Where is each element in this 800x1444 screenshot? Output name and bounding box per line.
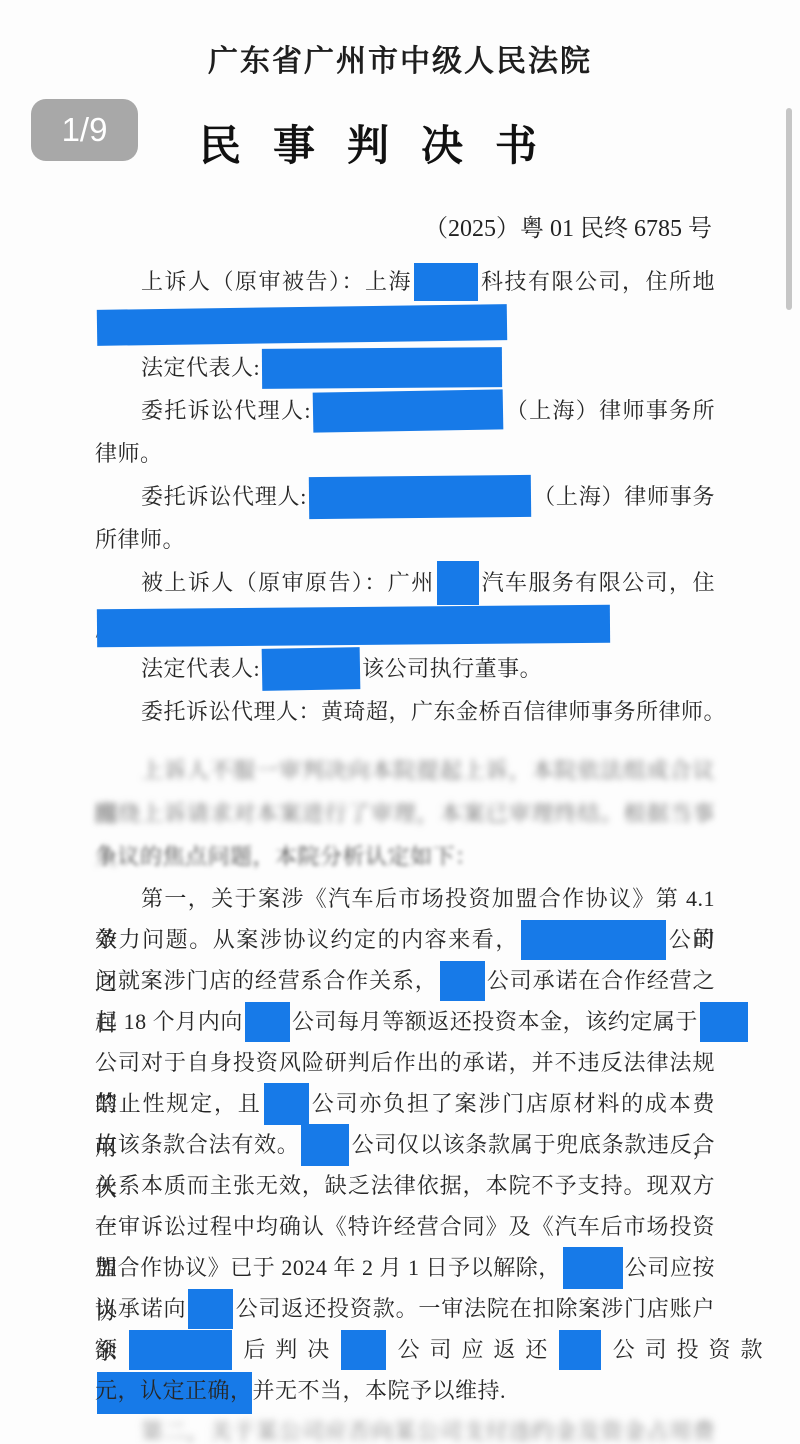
text-segment: 间就案涉门店的经营系合作关系， [95,968,438,993]
document-line: 委托诉讼代理人:（上海）律师事务所 [95,389,715,432]
redaction-box [129,1330,232,1370]
redaction-box [309,475,531,519]
document-line: 关系本质而主张无效，缺乏法律依据，本院不予支持。现双方在 [95,1165,715,1206]
text-segment: 故该条款合法有效。 [95,1132,299,1157]
document-line [95,303,715,346]
redaction-box [563,1247,623,1289]
text-segment: 元，认定正确，并无不当，本院予以维持. [95,1378,506,1403]
redaction-box [414,263,478,301]
document-line: 第一，关于案涉《汽车后市场投资加盟合作协议》第 4.1 条的 [95,878,715,919]
redaction-box [264,1083,309,1125]
document-line: 法定代表人: [95,346,715,389]
section-analysis: 第一，关于案涉《汽车后市场投资加盟合作协议》第 4.1 条的效力问题。从案涉协议… [95,878,715,1411]
text-segment: 第二，关于某公司应否向某公司支付违约金及资金占用费 [141,1419,715,1444]
text-segment: 法定代表人: [141,355,260,380]
text-segment: （上海）律师事务所 [505,398,715,423]
document-line: 间就案涉门店的经营系合作关系，公司承诺在合作经营之日 [95,960,715,1001]
document-page: 1/9 广东省广州市中级人民法院 民事判决书 （2025）粤 01 民终 678… [0,0,800,1444]
text-segment: 上诉人（原审被告）：上海 [141,269,412,294]
redaction-box [313,389,504,432]
text-segment: 争议的焦点问题，本院分析认定如下： [95,844,478,869]
redaction-box [440,961,485,1001]
text-segment: 法定代表人: [141,656,260,681]
text-segment: 公司投资款 [603,1337,763,1362]
document-line: 律师。 [95,432,715,475]
document-line: 故该条款合法有效。公司仅以该条款属于兜底条款违反合伙 [95,1124,715,1165]
document-line: 额后判决公司应返还公司投资款 [95,1329,763,1370]
redaction-box [97,605,610,647]
case-number: （2025）粤 01 民终 6785 号 [0,214,800,244]
redaction-box [341,1330,386,1370]
page-indicator-badge: 1/9 [31,99,138,161]
court-name: 广东省广州市中级人民法院 [0,40,800,84]
text-segment: 额 [95,1337,127,1362]
document-line: 议承诺向公司返还投资款。一审法院在扣除案涉门店账户余 [95,1288,715,1329]
redaction-box [262,347,502,389]
document-line: 上诉人（原审被告）：上海科技有限公司，住所地 [95,260,715,303]
document-line: 被上诉人（原审原告）：广州汽车服务有限公司，住所 [95,561,715,604]
redaction-box [97,304,507,346]
text-segment: 委托诉讼代理人: [141,398,311,423]
document-line: 禁止性规定，且公司亦负担了案涉门店原材料的成本费用， [95,1083,715,1124]
document-line: 一审诉讼过程中均确认《特许经营合同》及《汽车后市场投资加 [95,1206,715,1247]
text-segment: 委托诉讼代理人: [141,484,307,509]
redaction-box [521,920,666,960]
text-segment: 该公司执行董事。 [362,656,542,681]
document-line: 围绕上诉请求对本案进行了审理，本案已审理终结。根据当事人 [95,792,715,835]
redaction-box [700,1002,748,1042]
document-line: 第二，关于某公司应否向某公司支付违约金及资金占用费 [95,1411,715,1444]
text-segment: 所律师。 [95,527,185,552]
section-blurred-next: 第二，关于某公司应否向某公司支付违约金及资金占用费 [95,1411,715,1444]
text-segment: 科技有限公司，住所地 [480,269,715,294]
text-segment: 被上诉人（原审原告）：广州 [141,570,435,595]
text-segment: 效力问题。从案涉协议约定的内容来看， [95,927,519,952]
section-parties: 上诉人（原审被告）：上海科技有限公司，住所地法定代表人:委托诉讼代理人:（上海）… [95,260,715,733]
document-line: 效力问题。从案涉协议约定的内容来看，公司之 [95,919,715,960]
text-segment: 盟合作协议》已于 2024 年 2 月 1 日予以解除， [95,1255,561,1280]
text-segment: 律师。 [95,441,163,466]
document-line: 盟合作协议》已于 2024 年 2 月 1 日予以解除，公司应按协 [95,1247,715,1288]
redaction-box [245,1002,290,1042]
document-line [95,604,715,647]
text-segment: 议承诺向 [95,1296,186,1321]
text-segment: 起 18 个月内向 [95,1009,243,1034]
redaction-box [262,647,361,691]
document-line: 公司对于自身投资风险研判后作出的承诺，并不违反法律法规的 [95,1042,715,1083]
document-line: 起 18 个月内向公司每月等额返还投资本金，该约定属于 [95,1001,750,1042]
scrollbar-thumb[interactable] [786,108,792,310]
redaction-box [188,1289,233,1329]
text-segment: （上海）律师事务 [533,484,715,509]
text-segment: 后判决 [234,1337,339,1362]
document-line: 元，认定正确，并无不当，本院予以维持. [95,1370,715,1411]
section-blurred-intro: 上诉人不服一审判决向本院提起上诉，本院依法组成合议庭围绕上诉请求对本案进行了审理… [95,749,715,878]
text-segment: 禁止性规定，且 [95,1091,262,1116]
text-segment: 公司每月等额返还投资本金，该约定属于 [292,1009,698,1034]
document-line: 委托诉讼代理人：黄琦超，广东金桥百信律师事务所律师。 [95,690,715,733]
document-line: 争议的焦点问题，本院分析认定如下： [95,835,715,878]
page-indicator-label: 1/9 [62,111,108,149]
text-segment: 公司应返还 [388,1337,557,1362]
redaction-box [437,561,479,605]
document-line: 法定代表人:该公司执行董事。 [95,647,715,690]
document-line: 上诉人不服一审判决向本院提起上诉，本院依法组成合议庭 [95,749,715,792]
document-line: 委托诉讼代理人:（上海）律师事务 [95,475,715,518]
redaction-box [559,1330,601,1370]
document-line: 所律师。 [95,518,715,561]
document-content: 上诉人（原审被告）：上海科技有限公司，住所地法定代表人:委托诉讼代理人:（上海）… [95,260,715,1444]
redaction-box [301,1124,349,1166]
text-segment: 委托诉讼代理人：黄琦超，广东金桥百信律师事务所律师。 [141,699,726,724]
